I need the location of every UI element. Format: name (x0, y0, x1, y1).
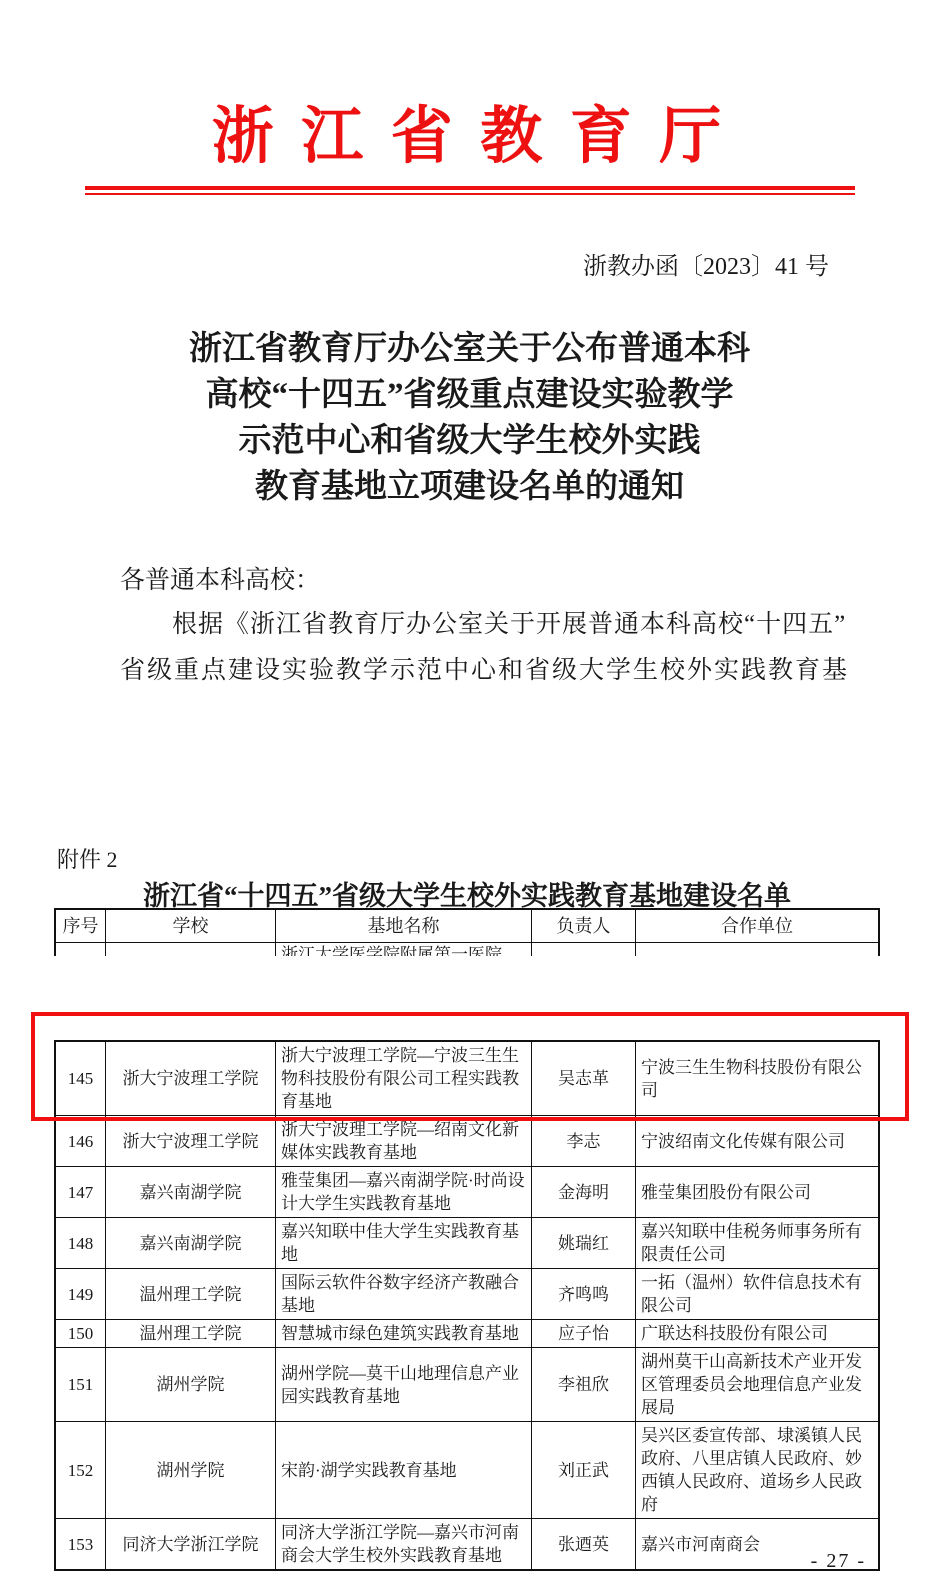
clipped-cell-school (106, 943, 276, 956)
cell-school: 湖州学院 (106, 1422, 276, 1518)
table-header-fragment: 序号 学校 基地名称 负责人 合作单位 浙江大学医学院附属第一医院 (54, 908, 880, 956)
cell-person: 李志 (532, 1116, 636, 1166)
header-cell-partner: 合作单位 (636, 910, 878, 942)
cell-partner: 宁波绍南文化传媒有限公司 (636, 1116, 878, 1166)
cell-person: 张迺英 (532, 1519, 636, 1569)
cell-school: 浙大宁波理工学院 (106, 1042, 276, 1115)
cell-person: 李祖欣 (532, 1348, 636, 1421)
clipped-cell-no (56, 943, 106, 956)
table-header-row: 序号 学校 基地名称 负责人 合作单位 (56, 910, 878, 943)
cell-partner: 嘉兴知联中佳税务师事务所有限责任公司 (636, 1218, 878, 1268)
clipped-cell-person (532, 943, 636, 956)
cell-person: 应子怡 (532, 1320, 636, 1347)
body-paragraph-line-2: 省级重点建设实验教学示范中心和省级大学生校外实践教育基 (120, 650, 830, 686)
notice-title-line-4: 教育基地立项建设名单的通知 (0, 464, 939, 510)
table-row-150: 150 温州理工学院 智慧城市绿色建筑实践教育基地 应子怡 广联达科技股份有限公… (56, 1320, 878, 1348)
attachment-label: 附件 2 (57, 843, 118, 874)
header-cell-school: 学校 (106, 910, 276, 942)
table-row-146: 146 浙大宁波理工学院 浙大宁波理工学院—绍南文化新媒体实践教育基地 李志 宁… (56, 1116, 878, 1167)
clipped-cell-partner (636, 943, 878, 956)
cell-base: 同济大学浙江学院—嘉兴市河南商会大学生校外实践教育基地 (276, 1519, 532, 1569)
cell-base: 国际云软件谷数字经济产教融合基地 (276, 1269, 532, 1319)
table-row-147: 147 嘉兴南湖学院 雅莹集团—嘉兴南湖学院·时尚设计大学生实践教育基地 金海明… (56, 1167, 878, 1218)
document-page: 浙 江 省 教 育 厅 浙教办函〔2023〕41 号 浙江省教育厅办公室关于公布… (0, 0, 939, 1596)
table-row-148: 148 嘉兴南湖学院 嘉兴知联中佳大学生实践教育基地 姚瑞红 嘉兴知联中佳税务师… (56, 1218, 878, 1269)
page-number: - 27 - (811, 1550, 866, 1573)
table-row-145-highlighted: 145 浙大宁波理工学院 浙大宁波理工学院—宁波三生生物科技股份有限公司工程实践… (56, 1042, 878, 1116)
cell-partner: 雅莹集团股份有限公司 (636, 1167, 878, 1217)
cell-base: 湖州学院—莫干山地理信息产业园实践教育基地 (276, 1348, 532, 1421)
notice-title-line-1: 浙江省教育厅办公室关于公布普通本科 (0, 326, 939, 372)
document-number: 浙教办函〔2023〕41 号 (583, 246, 829, 281)
cell-base: 嘉兴知联中佳大学生实践教育基地 (276, 1218, 532, 1268)
cell-school: 同济大学浙江学院 (106, 1519, 276, 1569)
cell-no: 149 (56, 1269, 106, 1319)
letterhead-divider-line (85, 186, 855, 195)
cell-person: 刘正武 (532, 1422, 636, 1518)
cell-no: 145 (56, 1042, 106, 1115)
cell-base: 智慧城市绿色建筑实践教育基地 (276, 1320, 532, 1347)
cell-partner: 广联达科技股份有限公司 (636, 1320, 878, 1347)
cell-person: 姚瑞红 (532, 1218, 636, 1268)
cell-no: 153 (56, 1519, 106, 1569)
cell-person: 齐鸣鸣 (532, 1269, 636, 1319)
notice-title-line-3: 示范中心和省级大学生校外实践 (0, 418, 939, 464)
cell-person: 吴志革 (532, 1042, 636, 1115)
cell-school: 温州理工学院 (106, 1320, 276, 1347)
salutation: 各普通本科高校： (120, 560, 320, 596)
cell-base: 浙大宁波理工学院—宁波三生生物科技股份有限公司工程实践教育基地 (276, 1042, 532, 1115)
cell-partner: 一拓（温州）软件信息技术有限公司 (636, 1269, 878, 1319)
notice-title-line-2: 高校“十四五”省级重点建设实验教学 (0, 372, 939, 418)
table-body: 145 浙大宁波理工学院 浙大宁波理工学院—宁波三生生物科技股份有限公司工程实践… (54, 1040, 880, 1571)
cell-no: 152 (56, 1422, 106, 1518)
header-cell-base: 基地名称 (276, 910, 532, 942)
table-row-151: 151 湖州学院 湖州学院—莫干山地理信息产业园实践教育基地 李祖欣 湖州莫干山… (56, 1348, 878, 1422)
body-paragraph-line-1: 根据《浙江省教育厅办公室关于开展普通本科高校“十四五” (120, 604, 830, 640)
table-row-clipped: 浙江大学医学院附属第一医院 (56, 943, 878, 956)
cell-no: 151 (56, 1348, 106, 1421)
cell-school: 湖州学院 (106, 1348, 276, 1421)
cell-school: 浙大宁波理工学院 (106, 1116, 276, 1166)
header-cell-no: 序号 (56, 910, 106, 942)
cell-base: 雅莹集团—嘉兴南湖学院·时尚设计大学生实践教育基地 (276, 1167, 532, 1217)
header-cell-person: 负责人 (532, 910, 636, 942)
letterhead-title: 浙 江 省 教 育 厅 (0, 86, 939, 175)
table-row-153: 153 同济大学浙江学院 同济大学浙江学院—嘉兴市河南商会大学生校外实践教育基地… (56, 1519, 878, 1569)
cell-no: 150 (56, 1320, 106, 1347)
notice-title: 浙江省教育厅办公室关于公布普通本科 高校“十四五”省级重点建设实验教学 示范中心… (0, 326, 939, 510)
cell-partner: 湖州莫干山高新技术产业开发区管理委员会地理信息产业发展局 (636, 1348, 878, 1421)
cell-no: 148 (56, 1218, 106, 1268)
table-row-149: 149 温州理工学院 国际云软件谷数字经济产教融合基地 齐鸣鸣 一拓（温州）软件… (56, 1269, 878, 1320)
cell-base: 浙大宁波理工学院—绍南文化新媒体实践教育基地 (276, 1116, 532, 1166)
clipped-cell-base: 浙江大学医学院附属第一医院 (276, 943, 532, 956)
cell-school: 嘉兴南湖学院 (106, 1218, 276, 1268)
cell-no: 146 (56, 1116, 106, 1166)
cell-base: 宋韵·湖学实践教育基地 (276, 1422, 532, 1518)
cell-school: 嘉兴南湖学院 (106, 1167, 276, 1217)
cell-no: 147 (56, 1167, 106, 1217)
cell-partner: 吴兴区委宣传部、埭溪镇人民政府、八里店镇人民政府、妙西镇人民政府、道场乡人民政府 (636, 1422, 878, 1518)
cell-person: 金海明 (532, 1167, 636, 1217)
cell-school: 温州理工学院 (106, 1269, 276, 1319)
cell-partner: 宁波三生生物科技股份有限公司 (636, 1042, 878, 1115)
table-row-152: 152 湖州学院 宋韵·湖学实践教育基地 刘正武 吴兴区委宣传部、埭溪镇人民政府… (56, 1422, 878, 1519)
